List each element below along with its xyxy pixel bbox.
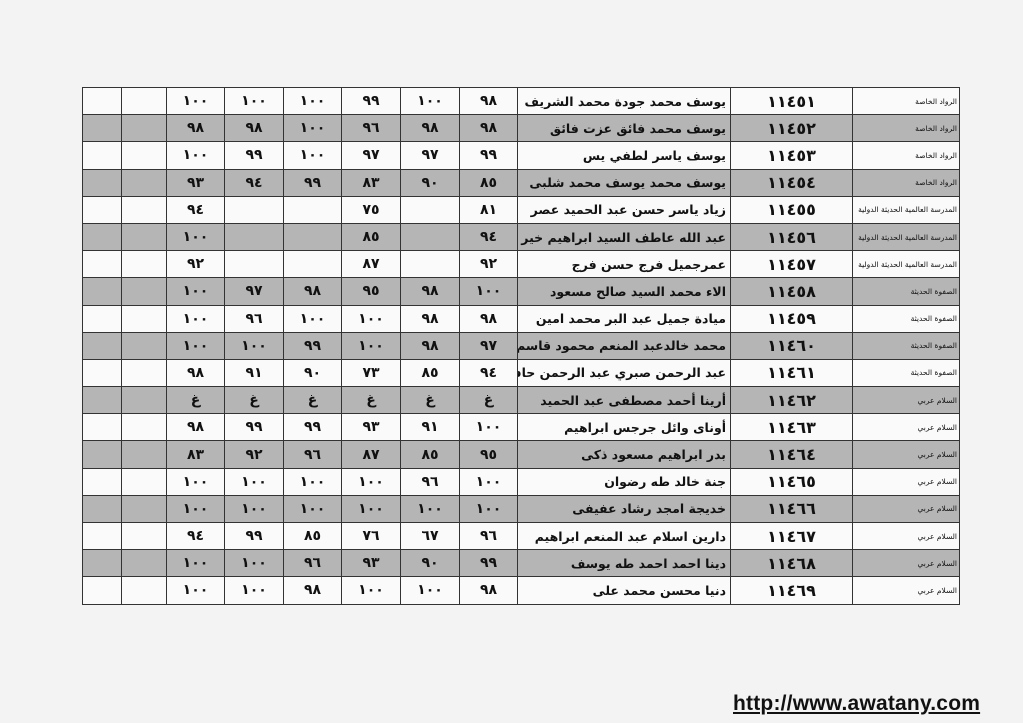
- score-cell: غ: [460, 387, 518, 414]
- score-cell: ٩٣: [342, 550, 401, 577]
- score-cell: ٩٨: [284, 577, 342, 604]
- student-name-cell: دارين اسلام عبد المنعم ابراهيم: [518, 523, 731, 550]
- score-cell: غ: [342, 387, 401, 414]
- school-cell: الرواد الخاصة: [853, 142, 960, 169]
- score-cell: ٩٠: [401, 169, 460, 196]
- blank-cell: [83, 441, 122, 468]
- score-cell: ٨٥: [342, 223, 401, 250]
- score-cell: ١٠٠: [167, 495, 225, 522]
- school-cell: السلام عربي: [853, 441, 960, 468]
- student-name-cell: أرينا أحمد مصطفى عبد الحميد: [518, 387, 731, 414]
- school-cell: الصفوة الحديثة: [853, 359, 960, 386]
- blank-cell: [83, 550, 122, 577]
- score-cell: ٩٦: [342, 115, 401, 142]
- score-cell: ٩٤: [167, 523, 225, 550]
- blank-cell: [122, 115, 167, 142]
- score-cell: ١٠٠: [460, 414, 518, 441]
- score-cell: ٩٧: [225, 278, 284, 305]
- score-cell: ٩٩: [460, 142, 518, 169]
- score-cell: ٩٨: [460, 577, 518, 604]
- score-cell: ٩٦: [284, 441, 342, 468]
- score-cell: ١٠٠: [284, 88, 342, 115]
- blank-cell: [122, 441, 167, 468]
- seat-number-cell: ١١٤٥٢: [731, 115, 853, 142]
- score-cell: ١٠٠: [167, 88, 225, 115]
- blank-cell: [122, 305, 167, 332]
- score-cell: ١٠٠: [167, 550, 225, 577]
- score-cell: ٩٨: [401, 278, 460, 305]
- table-row: ١٠٠٨٥٩٤عبد الله عاطف السيد ابراهيم خير ا…: [83, 223, 960, 250]
- student-name-cell: الاء محمد السيد صالح مسعود: [518, 278, 731, 305]
- score-cell: ٩٨: [401, 305, 460, 332]
- score-cell: ٩٨: [225, 115, 284, 142]
- table-row: ١٠٠١٠٠٩٦٩٣٩٠٩٩دينا احمد احمد طه يوسف١١٤٦…: [83, 550, 960, 577]
- score-cell: ٧٥: [342, 196, 401, 223]
- table-row: ٩٤٧٥٨١زياد ياسر حسن عبد الحميد عصر١١٤٥٥ا…: [83, 196, 960, 223]
- score-cell: ١٠٠: [460, 495, 518, 522]
- student-name-cell: دنيا محسن محمد على: [518, 577, 731, 604]
- table-row: ١٠٠٩٩١٠٠٩٧٩٧٩٩يوسف ياسر لطفي يس١١٤٥٣الرو…: [83, 142, 960, 169]
- score-cell: ٨٥: [460, 169, 518, 196]
- score-cell: ٩٢: [460, 251, 518, 278]
- score-cell: ١٠٠: [342, 468, 401, 495]
- score-cell: ١٠٠: [225, 332, 284, 359]
- seat-number-cell: ١١٤٥٧: [731, 251, 853, 278]
- blank-cell: [122, 332, 167, 359]
- student-name-cell: يوسف محمد جودة محمد الشريف: [518, 88, 731, 115]
- blank-cell: [83, 278, 122, 305]
- blank-cell: [122, 251, 167, 278]
- score-cell: ١٠٠: [284, 142, 342, 169]
- school-cell: الصفوة الحديثة: [853, 278, 960, 305]
- school-cell: السلام عربي: [853, 414, 960, 441]
- score-cell: ١٠٠: [342, 305, 401, 332]
- student-name-cell: يوسف ياسر لطفي يس: [518, 142, 731, 169]
- score-cell: ٩٧: [342, 142, 401, 169]
- score-cell: ١٠٠: [167, 332, 225, 359]
- score-cell: ١٠٠: [167, 577, 225, 604]
- seat-number-cell: ١١٤٥٦: [731, 223, 853, 250]
- score-cell: ١٠٠: [225, 468, 284, 495]
- score-cell: ٩٠: [401, 550, 460, 577]
- score-cell: ٩٩: [225, 523, 284, 550]
- blank-cell: [83, 196, 122, 223]
- table-row: ١٠٠٩٧٩٨٩٥٩٨١٠٠الاء محمد السيد صالح مسعود…: [83, 278, 960, 305]
- score-cell: [401, 251, 460, 278]
- blank-cell: [83, 523, 122, 550]
- score-cell: ٩٦: [460, 523, 518, 550]
- blank-cell: [83, 169, 122, 196]
- school-cell: المدرسة العالمية الحديثة الدولية: [853, 223, 960, 250]
- score-cell: ١٠٠: [401, 495, 460, 522]
- blank-cell: [122, 223, 167, 250]
- seat-number-cell: ١١٤٦٣: [731, 414, 853, 441]
- score-cell: ٩٨: [460, 88, 518, 115]
- score-cell: ٨٥: [401, 441, 460, 468]
- seat-number-cell: ١١٤٦٩: [731, 577, 853, 604]
- table-row: ٩٨٩١٩٠٧٣٨٥٩٤عبد الرحمن صبري عبد الرحمن ح…: [83, 359, 960, 386]
- score-cell: ٨٣: [342, 169, 401, 196]
- blank-cell: [83, 414, 122, 441]
- score-cell: ١٠٠: [167, 278, 225, 305]
- score-cell: ٩٩: [284, 332, 342, 359]
- blank-cell: [83, 305, 122, 332]
- blank-cell: [122, 359, 167, 386]
- score-cell: ٩٠: [284, 359, 342, 386]
- score-cell: ٩٥: [342, 278, 401, 305]
- table-row: ٩٨٩٨١٠٠٩٦٩٨٩٨يوسف محمد فائق عزت فائق١١٤٥…: [83, 115, 960, 142]
- table-row: ١٠٠٩٦١٠٠١٠٠٩٨٩٨ميادة جميل عبد البر محمد …: [83, 305, 960, 332]
- score-cell: ١٠٠: [342, 577, 401, 604]
- score-cell: ٩٨: [284, 278, 342, 305]
- score-cell: ١٠٠: [225, 495, 284, 522]
- score-cell: ٩٩: [284, 414, 342, 441]
- school-cell: الرواد الخاصة: [853, 115, 960, 142]
- score-cell: ٦٧: [401, 523, 460, 550]
- school-cell: السلام عربي: [853, 523, 960, 550]
- score-cell: ١٠٠: [167, 142, 225, 169]
- score-cell: ٩٩: [225, 414, 284, 441]
- blank-cell: [83, 115, 122, 142]
- score-cell: ٩٣: [342, 414, 401, 441]
- blank-cell: [83, 577, 122, 604]
- blank-cell: [83, 495, 122, 522]
- table-row: ٨٣٩٢٩٦٨٧٨٥٩٥بدر ابراهيم مسعود ذكى١١٤٦٤ال…: [83, 441, 960, 468]
- school-cell: السلام عربي: [853, 387, 960, 414]
- blank-cell: [83, 387, 122, 414]
- score-cell: ٩٢: [167, 251, 225, 278]
- score-cell: ٩٨: [167, 359, 225, 386]
- school-cell: السلام عربي: [853, 495, 960, 522]
- seat-number-cell: ١١٤٥١: [731, 88, 853, 115]
- score-cell: ٩٣: [167, 169, 225, 196]
- table-row: ٩٤٩٩٨٥٧٦٦٧٩٦دارين اسلام عبد المنعم ابراه…: [83, 523, 960, 550]
- score-cell: ١٠٠: [342, 332, 401, 359]
- score-cell: ١٠٠: [225, 88, 284, 115]
- school-cell: المدرسة العالمية الحديثة الدولية: [853, 251, 960, 278]
- score-cell: ٩٩: [342, 88, 401, 115]
- score-cell: ٩٦: [225, 305, 284, 332]
- score-cell: ٩٦: [284, 550, 342, 577]
- blank-cell: [83, 142, 122, 169]
- score-cell: ١٠٠: [342, 495, 401, 522]
- blank-cell: [122, 278, 167, 305]
- table-row: غغغغغغأرينا أحمد مصطفى عبد الحميد١١٤٦٢ال…: [83, 387, 960, 414]
- score-cell: ٨٧: [342, 441, 401, 468]
- score-cell: ١٠٠: [460, 278, 518, 305]
- score-cell: ٩٩: [225, 142, 284, 169]
- score-cell: ١٠٠: [225, 577, 284, 604]
- blank-cell: [122, 468, 167, 495]
- score-cell: ٨١: [460, 196, 518, 223]
- score-cell: [284, 223, 342, 250]
- score-cell: [284, 196, 342, 223]
- blank-cell: [122, 387, 167, 414]
- score-cell: [225, 251, 284, 278]
- school-cell: الرواد الخاصة: [853, 88, 960, 115]
- website-link[interactable]: http://www.awatany.com: [733, 692, 980, 716]
- seat-number-cell: ١١٤٦٨: [731, 550, 853, 577]
- score-cell: ١٠٠: [401, 88, 460, 115]
- score-cell: ٩٤: [460, 223, 518, 250]
- score-cell: غ: [401, 387, 460, 414]
- score-cell: غ: [167, 387, 225, 414]
- seat-number-cell: ١١٤٥٥: [731, 196, 853, 223]
- score-cell: ٧٣: [342, 359, 401, 386]
- seat-number-cell: ١١٤٥٨: [731, 278, 853, 305]
- score-cell: ٩٢: [225, 441, 284, 468]
- table-row: ١٠٠١٠٠١٠٠١٠٠١٠٠١٠٠خديجة امجد رشاد عفيفى١…: [83, 495, 960, 522]
- school-cell: الصفوة الحديثة: [853, 305, 960, 332]
- score-cell: ٩٨: [401, 115, 460, 142]
- score-cell: غ: [284, 387, 342, 414]
- score-cell: ٩٨: [167, 414, 225, 441]
- seat-number-cell: ١١٤٦٠: [731, 332, 853, 359]
- results-table-body: ١٠٠١٠٠١٠٠٩٩١٠٠٩٨يوسف محمد جودة محمد الشر…: [83, 88, 960, 605]
- blank-cell: [83, 359, 122, 386]
- score-cell: ٨٧: [342, 251, 401, 278]
- student-name-cell: عبد الله عاطف السيد ابراهيم خير الدين: [518, 223, 731, 250]
- score-cell: ٨٥: [401, 359, 460, 386]
- school-cell: السلام عربي: [853, 550, 960, 577]
- score-cell: ٩٨: [460, 115, 518, 142]
- score-cell: ١٠٠: [167, 305, 225, 332]
- school-cell: المدرسة العالمية الحديثة الدولية: [853, 196, 960, 223]
- school-cell: الرواد الخاصة: [853, 169, 960, 196]
- student-name-cell: أوناى وائل جرجس ابراهيم: [518, 414, 731, 441]
- score-cell: ٩٥: [460, 441, 518, 468]
- seat-number-cell: ١١٤٦١: [731, 359, 853, 386]
- score-cell: [225, 196, 284, 223]
- score-cell: ٩٤: [225, 169, 284, 196]
- student-name-cell: جنة خالد طه رضوان: [518, 468, 731, 495]
- score-cell: ١٠٠: [284, 305, 342, 332]
- blank-cell: [122, 414, 167, 441]
- school-cell: السلام عربي: [853, 577, 960, 604]
- blank-cell: [83, 468, 122, 495]
- blank-cell: [122, 196, 167, 223]
- student-name-cell: خديجة امجد رشاد عفيفى: [518, 495, 731, 522]
- score-cell: ٩١: [225, 359, 284, 386]
- blank-cell: [83, 223, 122, 250]
- student-name-cell: يوسف محمد يوسف محمد شلبى: [518, 169, 731, 196]
- table-row: ١٠٠١٠٠٩٨١٠٠١٠٠٩٨دنيا محسن محمد على١١٤٦٩ا…: [83, 577, 960, 604]
- score-cell: ٩٤: [460, 359, 518, 386]
- student-name-cell: زياد ياسر حسن عبد الحميد عصر: [518, 196, 731, 223]
- results-page: ١٠٠١٠٠١٠٠٩٩١٠٠٩٨يوسف محمد جودة محمد الشر…: [0, 0, 1023, 723]
- table-row: ١٠٠١٠٠١٠٠١٠٠٩٦١٠٠جنة خالد طه رضوان١١٤٦٥ا…: [83, 468, 960, 495]
- seat-number-cell: ١١٤٦٦: [731, 495, 853, 522]
- score-cell: ٩٩: [284, 169, 342, 196]
- seat-number-cell: ١١٤٥٩: [731, 305, 853, 332]
- score-cell: ٩٨: [460, 305, 518, 332]
- score-cell: ١٠٠: [167, 223, 225, 250]
- blank-cell: [122, 88, 167, 115]
- score-cell: [401, 223, 460, 250]
- blank-cell: [122, 523, 167, 550]
- blank-cell: [122, 169, 167, 196]
- score-cell: ١٠٠: [225, 550, 284, 577]
- student-name-cell: محمد خالدعبد المنعم محمود قاسم: [518, 332, 731, 359]
- score-cell: ١٠٠: [167, 468, 225, 495]
- blank-cell: [122, 550, 167, 577]
- score-cell: [401, 196, 460, 223]
- blank-cell: [83, 332, 122, 359]
- score-cell: ٨٥: [284, 523, 342, 550]
- student-name-cell: يوسف محمد فائق عزت فائق: [518, 115, 731, 142]
- score-cell: ٩٦: [401, 468, 460, 495]
- seat-number-cell: ١١٤٥٤: [731, 169, 853, 196]
- blank-cell: [83, 88, 122, 115]
- table-row: ١٠٠١٠٠٩٩١٠٠٩٨٩٧محمد خالدعبد المنعم محمود…: [83, 332, 960, 359]
- score-cell: غ: [225, 387, 284, 414]
- blank-cell: [122, 577, 167, 604]
- score-cell: ١٠٠: [401, 577, 460, 604]
- score-cell: ٩٩: [460, 550, 518, 577]
- score-cell: ٩١: [401, 414, 460, 441]
- score-cell: ١٠٠: [284, 495, 342, 522]
- score-cell: ٩٧: [401, 142, 460, 169]
- score-cell: [284, 251, 342, 278]
- score-cell: ٨٣: [167, 441, 225, 468]
- score-cell: ٧٦: [342, 523, 401, 550]
- seat-number-cell: ١١٤٦٥: [731, 468, 853, 495]
- school-cell: السلام عربي: [853, 468, 960, 495]
- blank-cell: [83, 251, 122, 278]
- score-cell: ١٠٠: [284, 115, 342, 142]
- blank-cell: [122, 142, 167, 169]
- student-name-cell: بدر ابراهيم مسعود ذكى: [518, 441, 731, 468]
- school-cell: الصفوة الحديثة: [853, 332, 960, 359]
- table-row: ٩٣٩٤٩٩٨٣٩٠٨٥يوسف محمد يوسف محمد شلبى١١٤٥…: [83, 169, 960, 196]
- score-cell: ١٠٠: [460, 468, 518, 495]
- student-name-cell: دينا احمد احمد طه يوسف: [518, 550, 731, 577]
- results-table: ١٠٠١٠٠١٠٠٩٩١٠٠٩٨يوسف محمد جودة محمد الشر…: [82, 87, 960, 605]
- blank-cell: [122, 495, 167, 522]
- score-cell: ٩٧: [460, 332, 518, 359]
- table-row: ٩٢٨٧٩٢عمرجميل فرج حسن فرج١١٤٥٧المدرسة ال…: [83, 251, 960, 278]
- score-cell: ٩٨: [401, 332, 460, 359]
- student-name-cell: عمرجميل فرج حسن فرج: [518, 251, 731, 278]
- score-cell: ١٠٠: [284, 468, 342, 495]
- seat-number-cell: ١١٤٦٤: [731, 441, 853, 468]
- student-name-cell: ميادة جميل عبد البر محمد امين: [518, 305, 731, 332]
- score-cell: [225, 223, 284, 250]
- seat-number-cell: ١١٤٥٣: [731, 142, 853, 169]
- student-name-cell: عبد الرحمن صبري عبد الرحمن حافظ: [518, 359, 731, 386]
- score-cell: ٩٤: [167, 196, 225, 223]
- score-cell: ٩٨: [167, 115, 225, 142]
- table-row: ٩٨٩٩٩٩٩٣٩١١٠٠أوناى وائل جرجس ابراهيم١١٤٦…: [83, 414, 960, 441]
- seat-number-cell: ١١٤٦٧: [731, 523, 853, 550]
- table-row: ١٠٠١٠٠١٠٠٩٩١٠٠٩٨يوسف محمد جودة محمد الشر…: [83, 88, 960, 115]
- seat-number-cell: ١١٤٦٢: [731, 387, 853, 414]
